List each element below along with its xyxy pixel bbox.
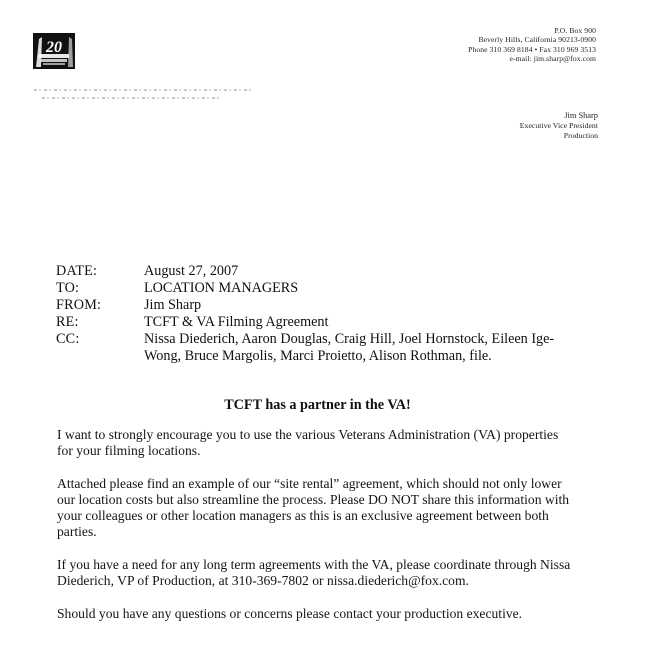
address-po-box: P.O. Box 900 [468,26,596,35]
signatory-department: Production [520,131,598,141]
memo-label: CC: [56,331,144,365]
memo-row-from: FROM: Jim Sharp [56,297,564,314]
memo-page: 20 P.O. Box 900 Beverly Hills, Californi… [0,0,655,657]
memo-label: RE: [56,314,144,331]
memo-row-date: DATE: August 27, 2007 [56,263,564,280]
memo-header: DATE: August 27, 2007 TO: LOCATION MANAG… [56,263,564,365]
body-paragraph: If you have a need for any long term agr… [57,557,577,589]
memo-date-value: August 27, 2007 [144,263,564,280]
svg-text:20: 20 [45,39,62,56]
memo-from-value: Jim Sharp [144,297,564,314]
memo-re-value: TCFT & VA Filming Agreement [144,314,564,331]
memo-row-to: TO: LOCATION MANAGERS [56,280,564,297]
memo-to-value: LOCATION MANAGERS [144,280,564,297]
memo-body: I want to strongly encourage you to use … [57,427,577,638]
body-paragraph: Attached please find an example of our “… [57,476,577,541]
caption-line [34,89,252,91]
logo-caption-illegible [34,89,254,111]
address-phone-fax: Phone 310 369 8184 • Fax 310 969 3513 [468,45,596,54]
caption-line [42,97,222,99]
memo-headline: TCFT has a partner in the VA! [0,397,635,414]
signatory-name: Jim Sharp [520,111,598,121]
signatory-title: Executive Vice President [520,121,598,131]
memo-cc-value: Nissa Diederich, Aaron Douglas, Craig Hi… [144,331,564,365]
address-email: e-mail: jim.sharp@fox.com [468,54,596,63]
letterhead-address: P.O. Box 900 Beverly Hills, California 9… [468,26,596,64]
20th-century-fox-logo-icon: 20 [33,33,75,69]
memo-label: TO: [56,280,144,297]
body-paragraph: I want to strongly encourage you to use … [57,427,577,459]
body-paragraph: Should you have any questions or concern… [57,606,577,622]
address-city: Beverly Hills, California 90213-0900 [468,35,596,44]
memo-row-cc: CC: Nissa Diederich, Aaron Douglas, Crai… [56,331,564,365]
signatory-block: Jim Sharp Executive Vice President Produ… [520,111,598,142]
memo-label: FROM: [56,297,144,314]
memo-label: DATE: [56,263,144,280]
memo-row-re: RE: TCFT & VA Filming Agreement [56,314,564,331]
